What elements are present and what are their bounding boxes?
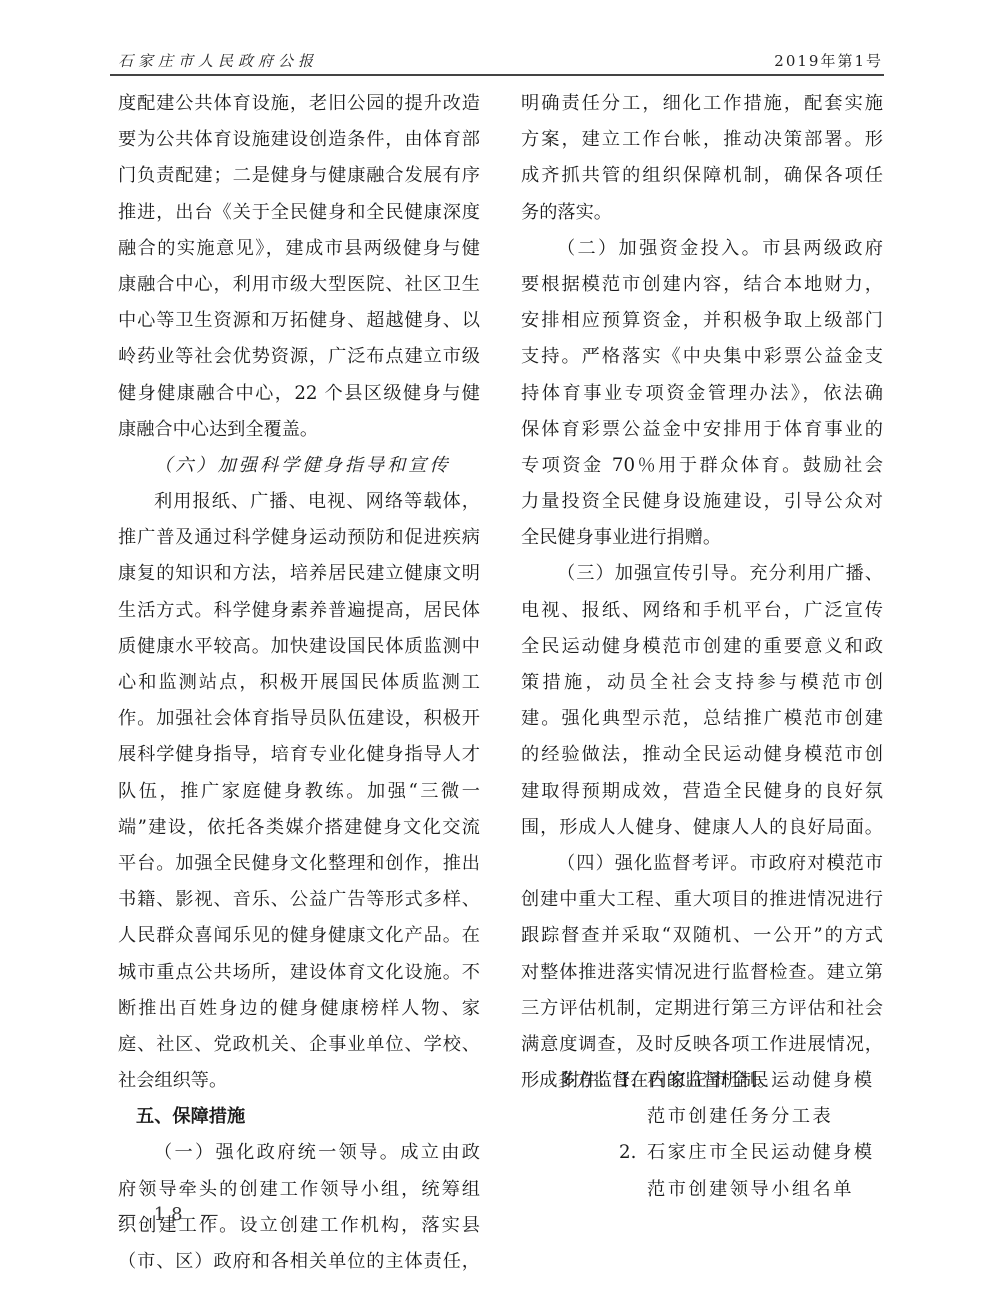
text-line: 跟踪督查并采取“双随机、一公开”的方式 — [521, 918, 883, 954]
text-line: 队伍，推广家庭健身教练。加强“三微一 — [118, 774, 480, 810]
text-line: 康复的知识和方法，培养居民建立健康文明 — [118, 556, 480, 592]
attachment-number: 1. — [619, 1063, 636, 1099]
text-line: 推进，出台《关于全民健身和全民健康深度 — [118, 195, 480, 231]
attachment-number: 2. — [619, 1135, 636, 1171]
paragraph-end: 社会组织等。 — [118, 1063, 480, 1099]
text-line: （市、区）政府和各相关单位的主体责任， — [118, 1244, 480, 1280]
text-line: 创建中重大工程、重大项目的推进情况进行 — [521, 882, 883, 918]
text-line: 支持。严格落实《中央集中彩票公益金支 — [521, 339, 883, 375]
text-line: 中心等卫生资源和万拓健身、超越健身、以 — [118, 303, 480, 339]
text-line: 府领导牵头的创建工作领导小组，统筹组 — [118, 1172, 480, 1208]
paragraph-start: （二）加强资金投入。市县两级政府 — [521, 231, 883, 267]
text-line: 质健康水平较高。加快建设国民体质监测中 — [118, 629, 480, 665]
text-line: 融合的实施意见》，建成市县两级健身与健 — [118, 231, 480, 267]
text-line: 平台。加强全民健身文化整理和创作，推出 — [118, 846, 480, 882]
attachment-title-cont: 范市创建领导小组名单 — [647, 1172, 854, 1208]
text-line: 度配建公共体育设施，老旧公园的提升改造 — [118, 86, 480, 122]
paragraph-start: （一）强化政府统一领导。成立由政 — [118, 1135, 480, 1171]
attachments: 附件： 1. 石家庄市全民运动健身模 范市创建任务分工表 2. 石家庄市全民运动… — [521, 1063, 883, 1208]
header-rule — [110, 74, 884, 76]
page-number: — 18 — — [118, 1204, 224, 1225]
text-line: 建。强化典型示范，总结推广模范市创建 — [521, 701, 883, 737]
publication-title: 石家庄市人民政府公报 — [118, 50, 318, 71]
subsection-heading: （六）加强科学健身指导和宣传 — [118, 448, 480, 484]
text-line: 满意度调查，及时反映各项工作进展情况， — [521, 1027, 883, 1063]
paragraph-end: 康融合中心达到全覆盖。 — [118, 412, 480, 448]
text-line: 策措施，动员全社会支持参与模范市创 — [521, 665, 883, 701]
text-line: 展科学健身指导，培育专业化健身指导人才 — [118, 737, 480, 773]
text-line: 要根据模范市创建内容，结合本地财力， — [521, 267, 883, 303]
right-column: 明确责任分工，细化工作措施，配套实施方案，建立工作台帐，推动决策部署。形成齐抓共… — [521, 86, 883, 1099]
page-header: 石家庄市人民政府公报 2019年第1号 — [118, 48, 883, 72]
text-line: 全民运动健身模范市创建的重要意义和政 — [521, 629, 883, 665]
text-line: 人民群众喜闻乐见的健身健康文化产品。在 — [118, 918, 480, 954]
text-line: 明确责任分工，细化工作措施，配套实施 — [521, 86, 883, 122]
text-line: 康融合中心，利用市级大型医院、社区卫生 — [118, 267, 480, 303]
text-line: 对整体推进落实情况进行监督检查。建立第 — [521, 955, 883, 991]
text-line: 心和监测站点，积极开展国民体质监测工 — [118, 665, 480, 701]
issue-number: 2019年第1号 — [774, 50, 883, 71]
text-line: 电视、报纸、网络和手机平台，广泛宣传 — [521, 593, 883, 629]
text-line: 三方评估机制，定期进行第三方评估和社会 — [521, 991, 883, 1027]
text-line: 持体育事业专项资金管理办法》，依法确 — [521, 376, 883, 412]
text-line: 安排相应预算资金，并积极争取上级部门 — [521, 303, 883, 339]
text-line: 推广普及通过科学健身运动预防和促进疾病 — [118, 520, 480, 556]
text-line: 健身健康融合中心，22 个县区级健身与健 — [118, 376, 480, 412]
paragraph-end: 务的落实。 — [521, 195, 883, 231]
paragraph-end: 全民健身事业进行捐赠。 — [521, 520, 883, 556]
attachment-item-cont: 范市创建领导小组名单 — [521, 1172, 883, 1208]
attachment-item-cont: 范市创建任务分工表 — [521, 1099, 883, 1135]
attachment-title-cont: 范市创建任务分工表 — [647, 1099, 833, 1135]
text-line: 门负责配建；二是健身与健康融合发展有序 — [118, 158, 480, 194]
left-column: 度配建公共体育设施，老旧公园的提升改造要为公共体育设施建设创造条件，由体育部门负… — [118, 86, 480, 1280]
attachment-title: 石家庄市全民运动健身模 — [647, 1063, 875, 1099]
text-line: 城市重点公共场所，建设体育文化设施。不 — [118, 955, 480, 991]
attachment-label: 附件： — [561, 1063, 616, 1099]
text-line: 生活方式。科学健身素养普遍提高，居民体 — [118, 593, 480, 629]
paragraph-start: （三）加强宣传引导。充分利用广播、 — [521, 556, 883, 592]
text-line: 岭药业等社会优势资源，广泛布点建立市级 — [118, 339, 480, 375]
text-line: 围，形成人人健身、健康人人的良好局面。 — [521, 810, 883, 846]
text-line: 成齐抓共管的组织保障机制，确保各项任 — [521, 158, 883, 194]
attachment-item: 附件： 1. 石家庄市全民运动健身模 — [521, 1063, 883, 1099]
text-line: 建取得预期成效，营造全民健身的良好氛 — [521, 774, 883, 810]
attachment-title: 石家庄市全民运动健身模 — [647, 1135, 875, 1171]
text-line: 作。加强社会体育指导员队伍建设，积极开 — [118, 701, 480, 737]
text-line: 保体育彩票公益金中安排用于体育事业的 — [521, 412, 883, 448]
text-line: 书籍、影视、音乐、公益广告等形式多样、 — [118, 882, 480, 918]
text-line: 的经验做法，推动全民运动健身模范市创 — [521, 737, 883, 773]
text-line: 断推出百姓身边的健身健康榜样人物、家 — [118, 991, 480, 1027]
paragraph-start: （四）强化监督考评。市政府对模范市 — [521, 846, 883, 882]
text-line: 专项资金 70％用于群众体育。鼓励社会 — [521, 448, 883, 484]
text-line: 庭、社区、党政机关、企事业单位、学校、 — [118, 1027, 480, 1063]
text-line: 力量投资全民健身设施建设，引导公众对 — [521, 484, 883, 520]
paragraph-start: 利用报纸、广播、电视、网络等载体， — [118, 484, 480, 520]
text-line: 端”建设，依托各类媒介搭建健身文化交流 — [118, 810, 480, 846]
text-line: 方案，建立工作台帐，推动决策部署。形 — [521, 122, 883, 158]
text-line: 要为公共体育设施建设创造条件，由体育部 — [118, 122, 480, 158]
section-heading: 五、保障措施 — [118, 1099, 480, 1135]
attachment-item: 2. 石家庄市全民运动健身模 — [521, 1135, 883, 1171]
